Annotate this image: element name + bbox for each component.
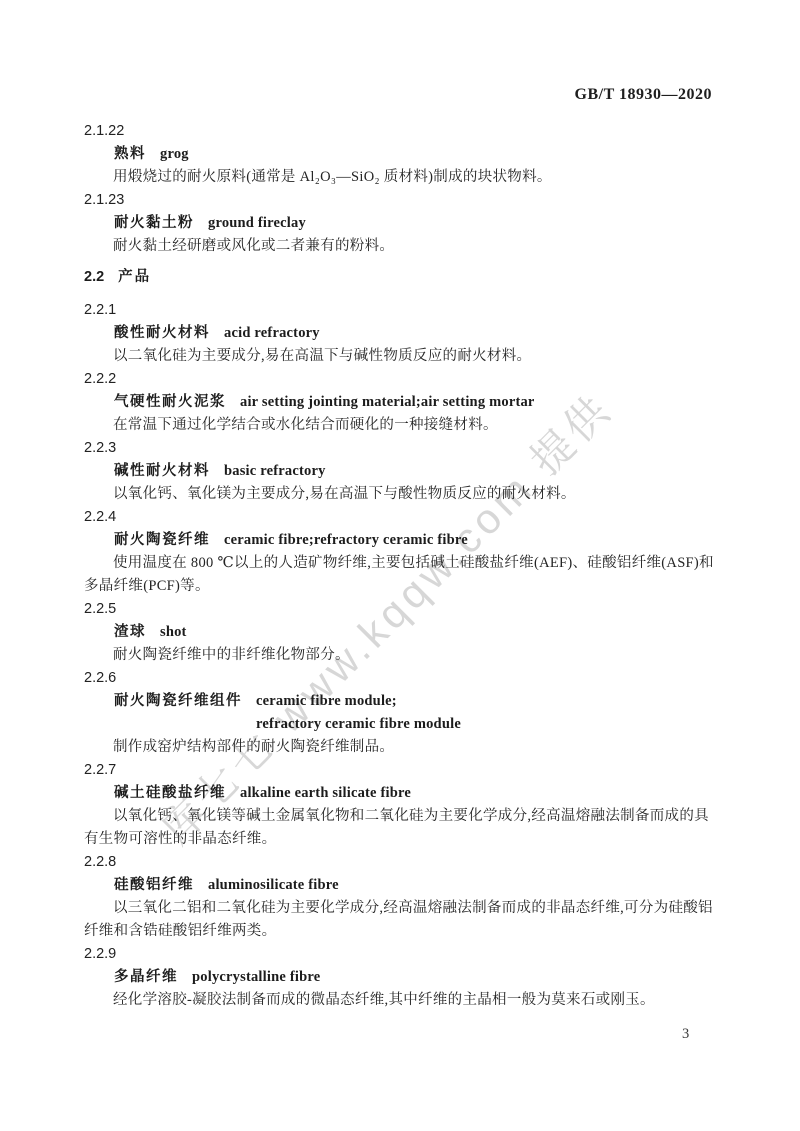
- term-entry: 2.2.6 耐火陶瓷纤维组件 ceramic fibre module; ref…: [84, 667, 716, 759]
- term-en: ground fireclay: [208, 212, 306, 235]
- terms-content: 2.1.22 熟料 grog 用煅烧过的耐火原料(通常是 Al₂O₃—SiO₂ …: [84, 120, 716, 1012]
- term-entry: 2.1.22 熟料 grog 用煅烧过的耐火原料(通常是 Al₂O₃—SiO₂ …: [84, 120, 716, 189]
- term-heading: 耐火黏土粉 ground fireclay: [84, 212, 716, 235]
- entry-number: 2.2.2: [84, 368, 716, 391]
- term-en: alkaline earth silicate fibre: [240, 782, 411, 805]
- term-zh: 气硬性耐火泥浆: [114, 391, 226, 414]
- term-heading: 碱性耐火材料 basic refractory: [84, 460, 716, 483]
- term-entry: 2.1.23 耐火黏土粉 ground fireclay 耐火黏土经研磨或风化或…: [84, 189, 716, 258]
- term-heading: 酸性耐火材料 acid refractory: [84, 322, 716, 345]
- term-entry: 2.2.1 酸性耐火材料 acid refractory 以二氧化硅为主要成分,…: [84, 299, 716, 368]
- term-definition: 使用温度在 800 ℃以上的人造矿物纤维,主要包括碱土硅酸盐纤维(AEF)、硅酸…: [84, 552, 716, 598]
- term-definition: 以三氧化二铝和二氧化硅为主要化学成分,经高温熔融法制备而成的非晶态纤维,可分为硅…: [84, 897, 716, 943]
- entry-number: 2.2.3: [84, 437, 716, 460]
- term-entry: 2.2.5 渣球 shot 耐火陶瓷纤维中的非纤维化物部分。: [84, 598, 716, 667]
- term-heading: 渣球 shot: [84, 621, 716, 644]
- document-page: GB/T 18930—2020 2.1.22 熟料 grog 用煅烧过的耐火原料…: [0, 0, 800, 1131]
- term-heading: 熟料 grog: [84, 143, 716, 166]
- term-zh: 硅酸铝纤维: [114, 874, 194, 897]
- term-definition: 以二氧化硅为主要成分,易在高温下与碱性物质反应的耐火材料。: [84, 345, 716, 368]
- term-en: polycrystalline fibre: [192, 966, 320, 989]
- term-zh: 耐火黏土粉: [114, 212, 194, 235]
- term-definition: 用煅烧过的耐火原料(通常是 Al₂O₃—SiO₂ 质材料)制成的块状物料。: [84, 166, 716, 189]
- entry-number: 2.1.23: [84, 189, 716, 212]
- term-heading: 气硬性耐火泥浆 air setting jointing material;ai…: [84, 391, 716, 414]
- term-en: grog: [160, 143, 189, 166]
- term-en: air setting jointing material;air settin…: [240, 391, 535, 414]
- entry-number: 2.2.8: [84, 851, 716, 874]
- term-en: acid refractory: [224, 322, 320, 345]
- term-heading: 耐火陶瓷纤维 ceramic fibre;refractory ceramic …: [84, 529, 716, 552]
- term-zh: 耐火陶瓷纤维组件: [114, 690, 242, 713]
- entry-number: 2.2.5: [84, 598, 716, 621]
- term-zh: 碱性耐火材料: [114, 460, 210, 483]
- term-en-line2: refractory ceramic fibre module: [256, 713, 461, 736]
- term-zh: 耐火陶瓷纤维: [114, 529, 210, 552]
- term-zh: 熟料: [114, 143, 146, 166]
- subsection-number: 2.2: [84, 269, 104, 285]
- term-definition: 耐火黏土经研磨或风化或二者兼有的粉料。: [84, 235, 716, 258]
- term-entry: 2.2.7 碱土硅酸盐纤维 alkaline earth silicate fi…: [84, 759, 716, 851]
- entry-number: 2.2.7: [84, 759, 716, 782]
- term-heading: 硅酸铝纤维 aluminosilicate fibre: [84, 874, 716, 897]
- subsection-title: 产品: [118, 269, 151, 285]
- term-heading: 碱土硅酸盐纤维 alkaline earth silicate fibre: [84, 782, 716, 805]
- term-definition: 耐火陶瓷纤维中的非纤维化物部分。: [84, 644, 716, 667]
- entry-number: 2.1.22: [84, 120, 716, 143]
- term-definition: 经化学溶胶-凝胶法制备而成的微晶态纤维,其中纤维的主晶相一般为莫来石或刚玉。: [84, 989, 716, 1012]
- term-en: ceramic fibre module;: [256, 690, 461, 713]
- entry-number: 2.2.9: [84, 943, 716, 966]
- entry-number: 2.2.6: [84, 667, 716, 690]
- term-en: ceramic fibre;refractory ceramic fibre: [224, 529, 468, 552]
- term-zh: 渣球: [114, 621, 146, 644]
- term-definition: 以氧化钙、氧化镁为主要成分,易在高温下与酸性物质反应的耐火材料。: [84, 483, 716, 506]
- term-entry: 2.2.4 耐火陶瓷纤维 ceramic fibre;refractory ce…: [84, 506, 716, 598]
- term-zh: 酸性耐火材料: [114, 322, 210, 345]
- term-entry: 2.2.9 多晶纤维 polycrystalline fibre 经化学溶胶-凝…: [84, 943, 716, 1012]
- term-en: aluminosilicate fibre: [208, 874, 339, 897]
- term-heading: 多晶纤维 polycrystalline fibre: [84, 966, 716, 989]
- term-definition: 制作成窑炉结构部件的耐火陶瓷纤维制品。: [84, 736, 716, 759]
- term-entry: 2.2.8 硅酸铝纤维 aluminosilicate fibre 以三氧化二铝…: [84, 851, 716, 943]
- doc-number: GB/T 18930—2020: [84, 86, 712, 104]
- term-entry: 2.2.3 碱性耐火材料 basic refractory 以氧化钙、氧化镁为主…: [84, 437, 716, 506]
- term-definition: 以氧化钙、氧化镁等碱土金属氧化物和二氧化硅为主要化学成分,经高温熔融法制备而成的…: [84, 805, 716, 851]
- page-number: 3: [682, 1026, 689, 1043]
- term-en: shot: [160, 621, 187, 644]
- term-en: basic refractory: [224, 460, 326, 483]
- term-zh: 碱土硅酸盐纤维: [114, 782, 226, 805]
- subsection-heading: 2.2产品: [84, 266, 716, 289]
- entry-number: 2.2.1: [84, 299, 716, 322]
- term-entry: 2.2.2 气硬性耐火泥浆 air setting jointing mater…: [84, 368, 716, 437]
- entry-number: 2.2.4: [84, 506, 716, 529]
- term-zh: 多晶纤维: [114, 966, 178, 989]
- term-definition: 在常温下通过化学结合或水化结合而硬化的一种接缝材料。: [84, 414, 716, 437]
- term-heading: 耐火陶瓷纤维组件 ceramic fibre module; refractor…: [84, 690, 716, 736]
